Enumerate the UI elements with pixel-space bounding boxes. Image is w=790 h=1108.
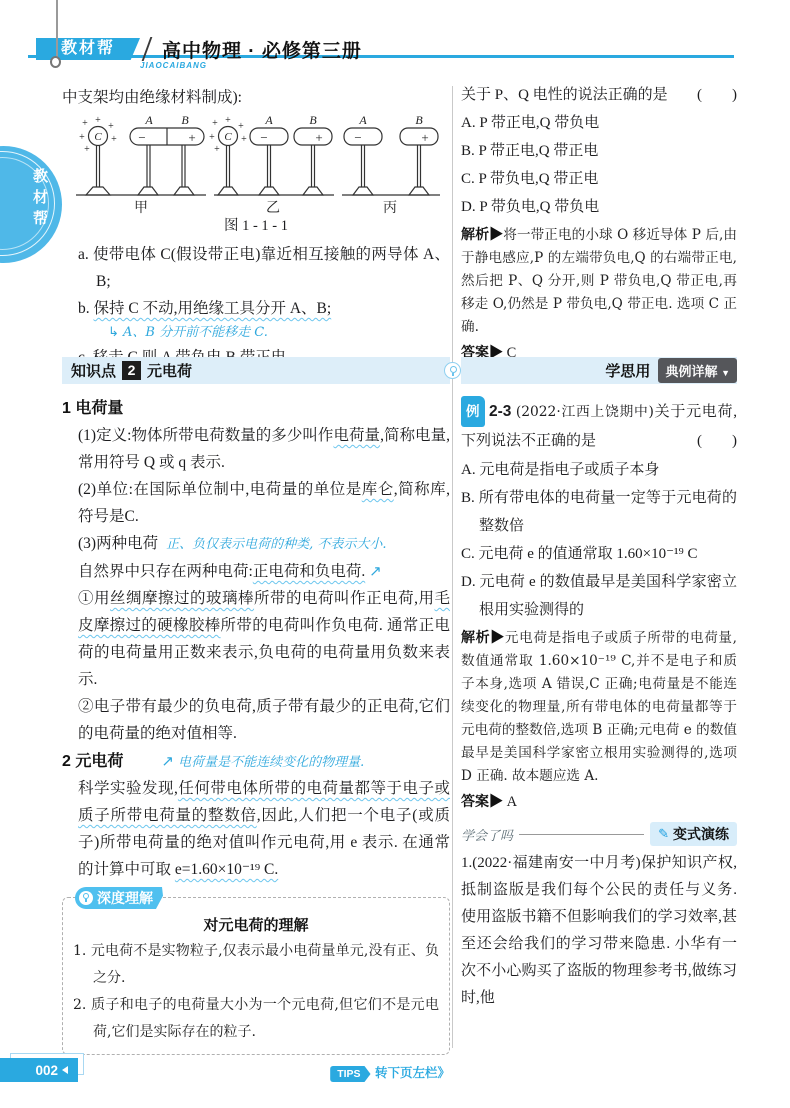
svg-text:+: + bbox=[84, 144, 90, 155]
svg-text:−: − bbox=[138, 130, 145, 145]
section2-heading: 2 元电荷 bbox=[62, 749, 123, 775]
example-source: (2022·江西上饶期中) bbox=[516, 404, 654, 420]
deep-box-item: 2. 质子和电子的电荷量大小为一个元电荷,但它们不是元电荷,它们是实际存在的粒子… bbox=[73, 992, 439, 1046]
answer-bracket: ( ) bbox=[697, 82, 737, 109]
s1-p3-body: 自然界中只存在两种电荷:正电荷和负电荷. ↗ bbox=[78, 558, 450, 585]
s1-p1: (1)定义:物体所带电荷数量的多少叫作电荷量,简称电量,常用符号 Q 或 q 表… bbox=[78, 422, 450, 476]
svg-text:+: + bbox=[241, 134, 247, 145]
pin-ring-icon bbox=[50, 56, 61, 68]
page-number: 002 bbox=[35, 1063, 58, 1078]
column-divider bbox=[452, 86, 453, 1048]
tips-badge: TIPS bbox=[330, 1066, 370, 1082]
step-b: b. 保持 C 不动,用绝缘工具分开 A、B; bbox=[78, 295, 450, 322]
side-brand-circle: 教材帮 bbox=[0, 146, 62, 263]
s2-p1: 科学实验发现,任何带电体所带的电荷量都等于电子或质子所带电荷量的整数倍,因此,人… bbox=[78, 775, 450, 883]
svg-text:+: + bbox=[111, 134, 117, 145]
svg-text:C: C bbox=[224, 131, 232, 143]
svg-text:+: + bbox=[95, 115, 101, 126]
electrostatic-induction-diagram: C + + + + + + − + A B 甲 bbox=[68, 115, 444, 215]
q1-stem: ( ) 关于 P、Q 电性的说法正确的是 bbox=[461, 82, 737, 109]
curved-arrow-icon: ↳ bbox=[108, 325, 119, 340]
caret-down-icon: ▼ bbox=[721, 368, 730, 378]
learned-it-handwriting: 学会了吗 bbox=[461, 825, 513, 844]
q1-option-d: D. P 带负电,Q 带负电 bbox=[461, 193, 737, 221]
right-column-top: ( ) 关于 P、Q 电性的说法正确的是 A. P 带正电,Q 带负电 B. P… bbox=[461, 82, 737, 367]
study-use-label: 学思用 bbox=[605, 360, 650, 381]
q1-analysis: 解析▶将一带正电的小球 O 移近导体 P 后,由于静电感应,P 的左端带负电,Q… bbox=[461, 223, 737, 339]
study-use-bar: 学思用 典例详解 ▼ bbox=[461, 357, 737, 384]
deep-box-title: 对元电荷的理解 bbox=[73, 914, 439, 938]
q1-option-b: B. P 带正电,Q 带正电 bbox=[461, 137, 737, 165]
svg-text:B: B bbox=[309, 115, 317, 127]
svg-text:乙: 乙 bbox=[266, 201, 280, 215]
svg-text:+: + bbox=[225, 115, 231, 126]
svg-text:+: + bbox=[212, 118, 218, 129]
lightbulb-icon bbox=[444, 362, 461, 379]
example-badge: 例 bbox=[461, 396, 485, 427]
deep-understanding-box: 深度理解 对元电荷的理解 1. 元电荷不是实物粒子,仅表示最小电荷量单元,没有正… bbox=[62, 897, 450, 1055]
textbook-page: 教材帮 高中物理 · 必修第三册 JIAOCAIBANG 教材帮 中支架均由绝缘… bbox=[0, 0, 790, 1108]
svg-text:A: A bbox=[144, 115, 153, 127]
svg-text:+: + bbox=[79, 132, 85, 143]
left-column-top: 中支架均由绝缘材料制成): C + + + + + + − + A B bbox=[62, 84, 450, 371]
knowledge-point-title: 元电荷 bbox=[147, 360, 192, 381]
answer-bracket: ( ) bbox=[697, 427, 737, 456]
page-number-bar: 002 bbox=[0, 1058, 78, 1082]
s1-p4: ①用丝绸摩擦过的玻璃棒所带的电荷叫作正电荷,用毛皮摩擦过的硬橡胶棒所带的电荷叫作… bbox=[78, 585, 450, 693]
variant-practice-badge: ✎ 变式演练 bbox=[650, 822, 737, 846]
s1-p3-annotation: 正、负仅表示电荷的种类, 不表示大小. bbox=[166, 531, 386, 558]
example-analysis: 解析▶元电荷是指电子或质子所带的电荷量,数值通常取 1.60×10⁻¹⁹ C,并… bbox=[461, 626, 737, 788]
svg-text:B: B bbox=[415, 115, 423, 127]
svg-text:+: + bbox=[82, 118, 88, 129]
s2-annotation: ↗ 电荷量是不能连续变化的物理量. bbox=[161, 751, 364, 770]
ex-option-a: A. 元电荷是指电子或质子本身 bbox=[461, 456, 737, 484]
svg-text:+: + bbox=[421, 130, 428, 145]
svg-text:C: C bbox=[94, 131, 102, 143]
q1-option-a: A. P 带正电,Q 带负电 bbox=[461, 109, 737, 137]
side-brand-label: 教材帮 bbox=[29, 168, 50, 231]
knowledge-point-bar: 知识点 2 元电荷 bbox=[62, 357, 450, 384]
svg-text:+: + bbox=[209, 132, 215, 143]
svg-text:+: + bbox=[238, 121, 244, 132]
ex-option-c: C. 元电荷 e 的值通常取 1.60×10⁻¹⁹ C bbox=[461, 540, 737, 568]
pin-string bbox=[56, 0, 58, 58]
svg-text:A: A bbox=[264, 115, 273, 127]
right-column-main: 例 2-3 (2022·江西上饶期中)关于元电荷,下列说法不正确的是 ( ) A… bbox=[461, 396, 737, 1012]
tips-row: TIPS 转下页左栏》 bbox=[62, 1063, 450, 1082]
ex-option-d: D. 元电荷 e 的数值最早是美国科学家密立根用实验测得的 bbox=[461, 568, 737, 624]
answer-label: 答案▶ bbox=[461, 793, 503, 809]
analysis-label: 解析▶ bbox=[461, 629, 505, 645]
left-column-main: 1 电荷量 (1)定义:物体所带电荷数量的多少叫作电荷量,简称电量,常用符号 Q… bbox=[62, 396, 450, 1082]
svg-text:+: + bbox=[315, 130, 322, 145]
brand-logo-romanized: JIAOCAIBANG bbox=[140, 61, 207, 70]
book-title: 高中物理 · 必修第三册 bbox=[162, 36, 362, 63]
deep-box-item: 1. 元电荷不是实物粒子,仅表示最小电荷量单元,没有正、负之分. bbox=[73, 938, 439, 992]
section1-heading: 1 电荷量 bbox=[62, 396, 450, 422]
svg-text:A: A bbox=[358, 115, 367, 127]
example-detail-badge[interactable]: 典例详解 ▼ bbox=[658, 358, 737, 383]
svg-text:+: + bbox=[214, 144, 220, 155]
q1-option-c: C. P 带负电,Q 带正电 bbox=[461, 165, 737, 193]
step-a: a. 使带电体 C(假设带正电)靠近相互接触的两导体 A、B; bbox=[78, 241, 450, 295]
example-number: 2-3 bbox=[489, 403, 511, 420]
svg-text:−: − bbox=[260, 130, 267, 145]
step-b-annotation: ↳ A、B 分开前不能移走 C. bbox=[78, 322, 450, 344]
tips-text: 转下页左栏》 bbox=[375, 1066, 450, 1080]
up-right-arrow-icon: ↗ bbox=[369, 562, 382, 580]
knowledge-point-label: 知识点 bbox=[71, 360, 116, 381]
figure-caption: 图 1 - 1 - 1 bbox=[62, 215, 450, 237]
bulb-icon bbox=[79, 891, 93, 905]
svg-text:甲: 甲 bbox=[134, 200, 148, 215]
knowledge-point-number: 2 bbox=[122, 361, 141, 380]
ex-option-b: B. 所有带电体的电荷量一定等于元电荷的整数倍 bbox=[461, 484, 737, 540]
svg-text:+: + bbox=[188, 130, 195, 145]
learned-it-divider: 学会了吗 ✎ 变式演练 bbox=[461, 822, 737, 846]
analysis-label: 解析▶ bbox=[461, 226, 503, 242]
divider-line bbox=[519, 834, 644, 835]
header-strip bbox=[28, 55, 734, 58]
example-stem: 例 2-3 (2022·江西上饶期中)关于元电荷,下列说法不正确的是 ( ) bbox=[461, 396, 737, 456]
deep-understanding-badge: 深度理解 bbox=[75, 887, 163, 909]
variant-exercise-1: 1.(2022·福建南安一中月考)保护知识产权,抵制盗版是我们每个公民的责任与义… bbox=[461, 850, 737, 1012]
svg-text:B: B bbox=[181, 115, 189, 127]
svg-text:+: + bbox=[108, 121, 114, 132]
figure-1-1-1: C + + + + + + − + A B 甲 bbox=[62, 115, 450, 237]
s1-p3-head: (3)两种电荷 bbox=[78, 530, 158, 557]
intro-line: 中支架均由绝缘材料制成): bbox=[62, 84, 450, 111]
up-right-arrow-icon: ↗ bbox=[161, 752, 174, 770]
s1-p2: (2)单位:在国际单位制中,电荷量的单位是库仑,简称库,符号是C. bbox=[78, 476, 450, 530]
pencil-icon: ✎ bbox=[658, 826, 669, 842]
s1-p5: ②电子带有最少的负电荷,质子带有最少的正电荷,它们的电荷量的绝对值相等. bbox=[78, 693, 450, 747]
svg-text:−: − bbox=[354, 130, 361, 145]
example-answer: 答案▶ A bbox=[461, 788, 737, 816]
svg-text:丙: 丙 bbox=[383, 200, 397, 215]
plug-icon bbox=[62, 1066, 68, 1074]
